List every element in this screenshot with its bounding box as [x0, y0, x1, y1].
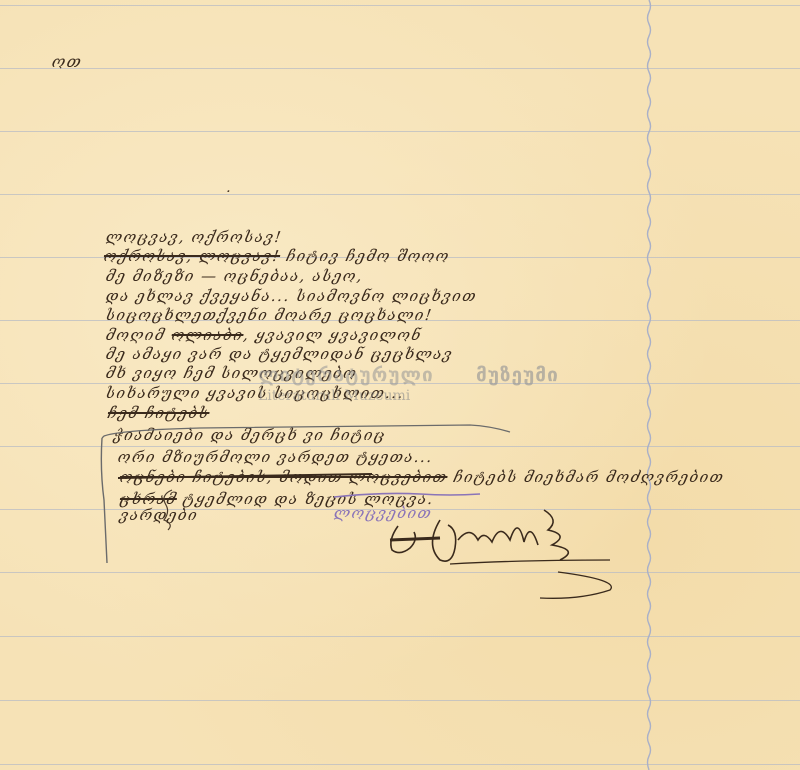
violet-strike	[334, 493, 480, 497]
brace-mark	[164, 490, 172, 530]
pencil-bracket-left	[101, 438, 107, 563]
signature	[390, 510, 611, 598]
manuscript-page: ოთ · ლოცვავ, ოქროსავ! ოქროსავ, ლოცვავ! ჩ…	[0, 0, 800, 770]
pencil-marks	[0, 0, 800, 770]
strike-through-line	[118, 474, 372, 478]
pencil-bracket-top	[102, 425, 510, 438]
